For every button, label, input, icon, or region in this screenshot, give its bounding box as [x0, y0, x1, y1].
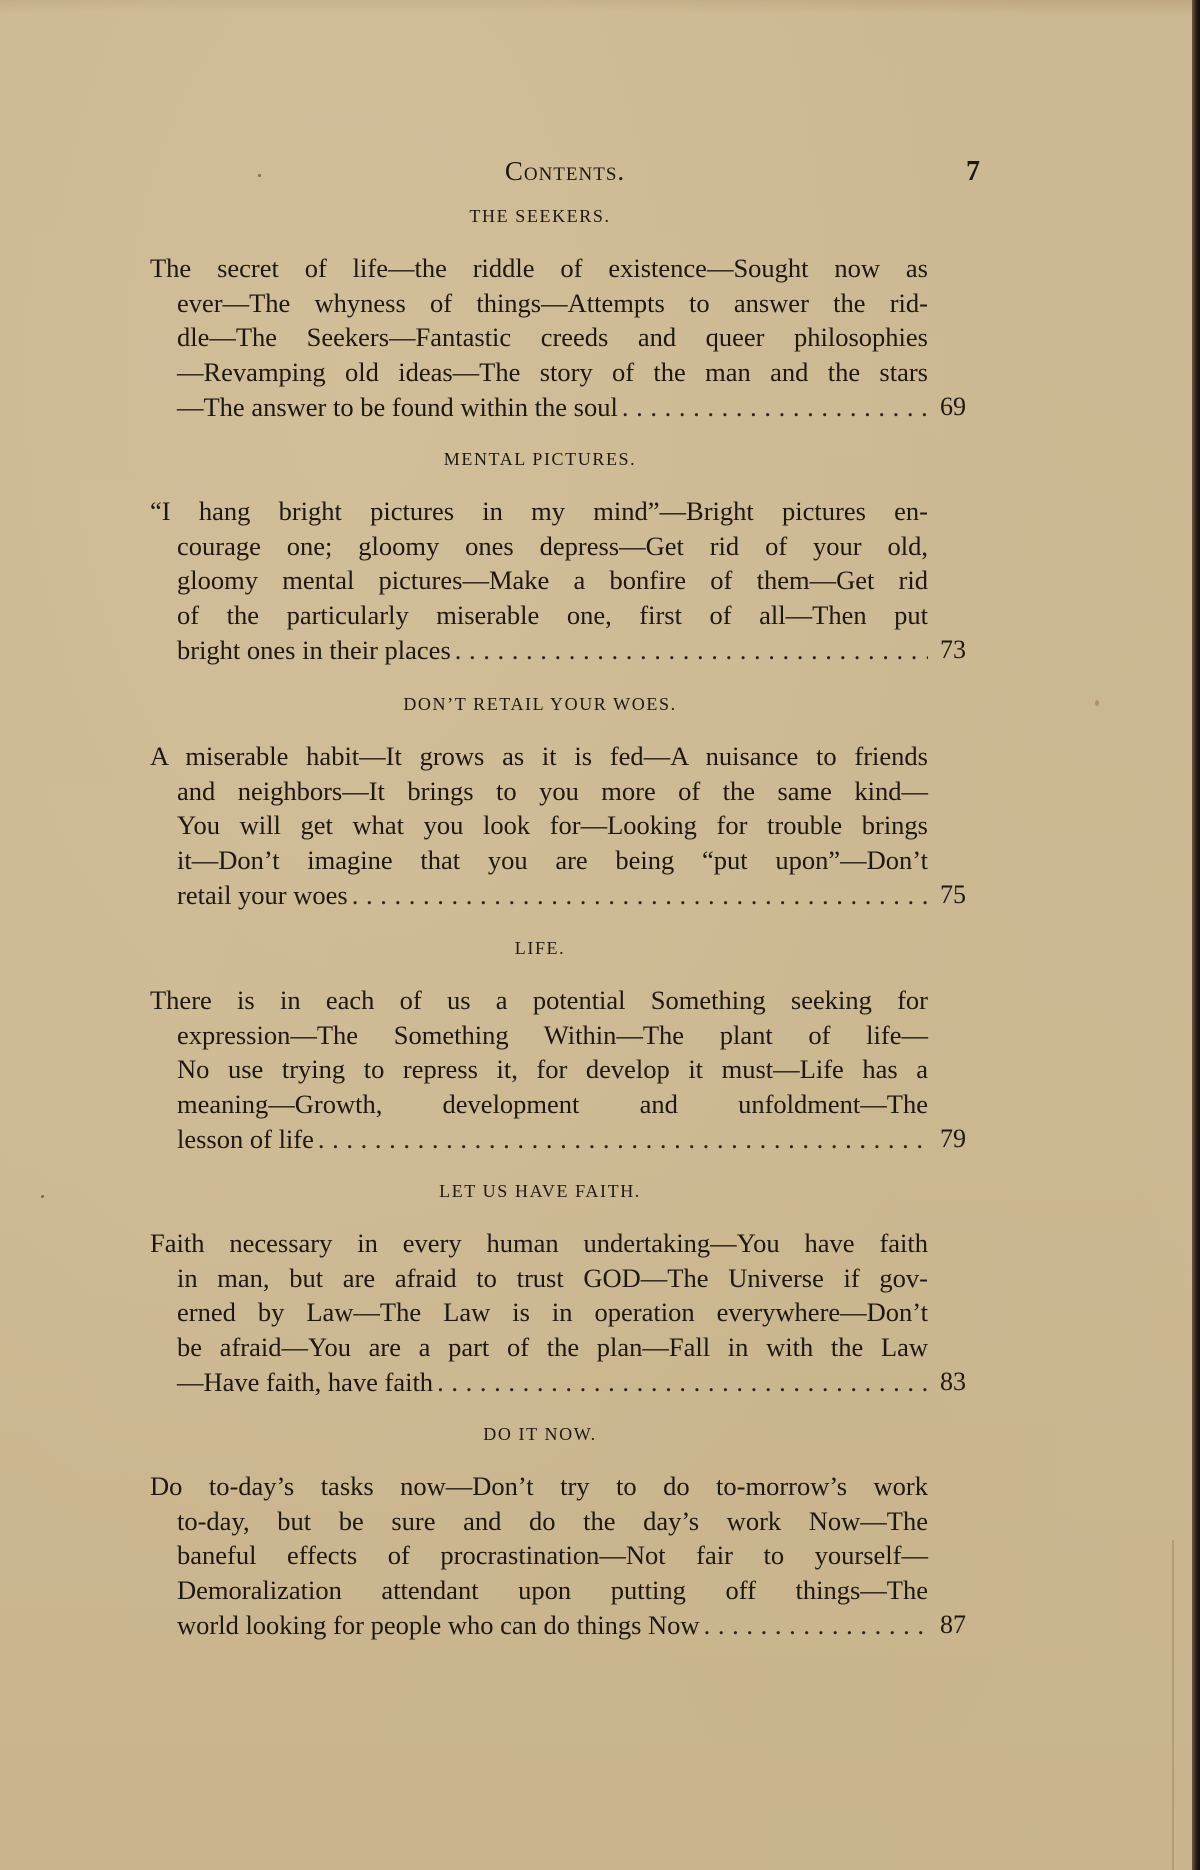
toc-entry: Faith necessary in every human undertaki…: [150, 1226, 990, 1399]
entry-line: courage one; gloomy ones depress—Get rid…: [150, 529, 928, 564]
section-heading: Do It Now.: [150, 1421, 930, 1447]
toc-entry: A miserable habit—It grows as it is fed—…: [150, 739, 990, 912]
entry-line: —Have faith, have faith: [177, 1365, 433, 1400]
paper-speck: [258, 174, 261, 177]
entry-line: You will get what you look for—Looking f…: [150, 808, 928, 843]
toc-section-mental-pictures: Mental Pictures. “I hang bright pictures…: [150, 446, 990, 667]
dot-leader: [437, 1365, 928, 1400]
section-heading: Mental Pictures.: [150, 446, 930, 472]
entry-line: The secret of life—the riddle of existen…: [150, 251, 928, 286]
book-page: Contents. 7 The Seekers. The secret of l…: [0, 0, 1192, 1870]
toc-entry: There is in each of us a potential Somet…: [150, 983, 990, 1156]
section-heading: The Seekers.: [150, 203, 930, 229]
folio-page-number: 7: [966, 156, 980, 188]
entry-line: it—Don’t imagine that you are being “put…: [150, 843, 928, 878]
entry-page-number: 73: [934, 633, 990, 668]
entry-line: retail your woes: [177, 878, 348, 913]
toc-entry: The secret of life—the riddle of existen…: [150, 251, 990, 424]
entry-page-number: 69: [934, 390, 990, 425]
entry-line: A miserable habit—It grows as it is fed—…: [150, 739, 928, 774]
entry-page-number: 79: [934, 1122, 990, 1157]
entry-line: of the particularly miserable one, first…: [150, 598, 928, 633]
entry-line: —Revamping old ideas—The story of the ma…: [150, 355, 928, 390]
entry-line: expression—The Something Within—The plan…: [150, 1018, 928, 1053]
entry-line: No use trying to repress it, for develop…: [150, 1052, 928, 1087]
entry-line: —The answer to be found within the soul: [177, 390, 618, 425]
dot-leader: [352, 878, 928, 913]
entry-line: be afraid—You are a part of the plan—Fal…: [150, 1330, 928, 1365]
entry-line: There is in each of us a potential Somet…: [150, 983, 928, 1018]
entry-line: “I hang bright pictures in my mind”—Brig…: [150, 494, 928, 529]
dot-leader: [318, 1122, 928, 1157]
entry-line: to-day, but be sure and do the day’s wor…: [150, 1504, 928, 1539]
entry-last-line: bright ones in their places: [150, 633, 928, 668]
entry-last-line: retail your woes: [150, 878, 928, 913]
entry-line: meaning—Growth, development and unfoldme…: [150, 1087, 928, 1122]
entry-page-number: 87: [934, 1608, 990, 1643]
paper-speck: [41, 1195, 44, 1198]
section-heading: Let Us Have Faith.: [150, 1178, 930, 1204]
toc-section-life: Life. There is in each of us a potential…: [150, 935, 990, 1156]
entry-last-line: world looking for people who can do thin…: [150, 1608, 928, 1643]
entry-line: lesson of life: [177, 1122, 314, 1157]
entry-line: baneful effects of procrastination—Not f…: [150, 1538, 928, 1573]
section-heading: Life.: [150, 935, 930, 961]
entry-line: erned by Law—The Law is in operation eve…: [150, 1295, 928, 1330]
toc-section-the-seekers: The Seekers. The secret of life—the ridd…: [150, 203, 990, 424]
toc-section-do-it-now: Do It Now. Do to-day’s tasks now—Don’t t…: [150, 1421, 990, 1642]
page-edge-line: [1172, 1540, 1174, 1870]
entry-line: and neighbors—It brings to you more of t…: [150, 774, 928, 809]
section-heading: Don’t Retail Your Woes.: [150, 691, 930, 717]
entry-line: ever—The whyness of things—Attempts to a…: [150, 286, 928, 321]
entry-line: world looking for people who can do thin…: [177, 1608, 700, 1643]
entry-line: bright ones in their places: [177, 633, 451, 668]
entry-line: dle—The Seekers—Fantastic creeds and que…: [150, 320, 928, 355]
dot-leader: [455, 633, 928, 668]
entry-page-number: 75: [934, 878, 990, 913]
entry-last-line: lesson of life: [150, 1122, 928, 1157]
running-head: Contents.: [0, 156, 1130, 187]
dot-leader: [704, 1608, 928, 1643]
entry-line: Demoralization attendant upon putting of…: [150, 1573, 928, 1608]
entry-page-number: 83: [934, 1365, 990, 1400]
toc-section-dont-retail-your-woes: Don’t Retail Your Woes. A miserable habi…: [150, 691, 990, 912]
entry-last-line: —Have faith, have faith: [150, 1365, 928, 1400]
book-edge-shadow: [1192, 0, 1200, 1870]
entry-last-line: —The answer to be found within the soul: [150, 390, 928, 425]
entry-line: in man, but are afraid to trust GOD—The …: [150, 1261, 928, 1296]
dot-leader: [622, 390, 928, 425]
toc-section-let-us-have-faith: Let Us Have Faith. Faith necessary in ev…: [150, 1178, 990, 1399]
paper-speck: [1095, 700, 1099, 706]
entry-line: gloomy mental pictures—Make a bonfire of…: [150, 563, 928, 598]
toc-entry: Do to-day’s tasks now—Don’t try to do to…: [150, 1469, 990, 1642]
entry-line: Faith necessary in every human undertaki…: [150, 1226, 928, 1261]
entry-line: Do to-day’s tasks now—Don’t try to do to…: [150, 1469, 928, 1504]
toc-entry: “I hang bright pictures in my mind”—Brig…: [150, 494, 990, 667]
